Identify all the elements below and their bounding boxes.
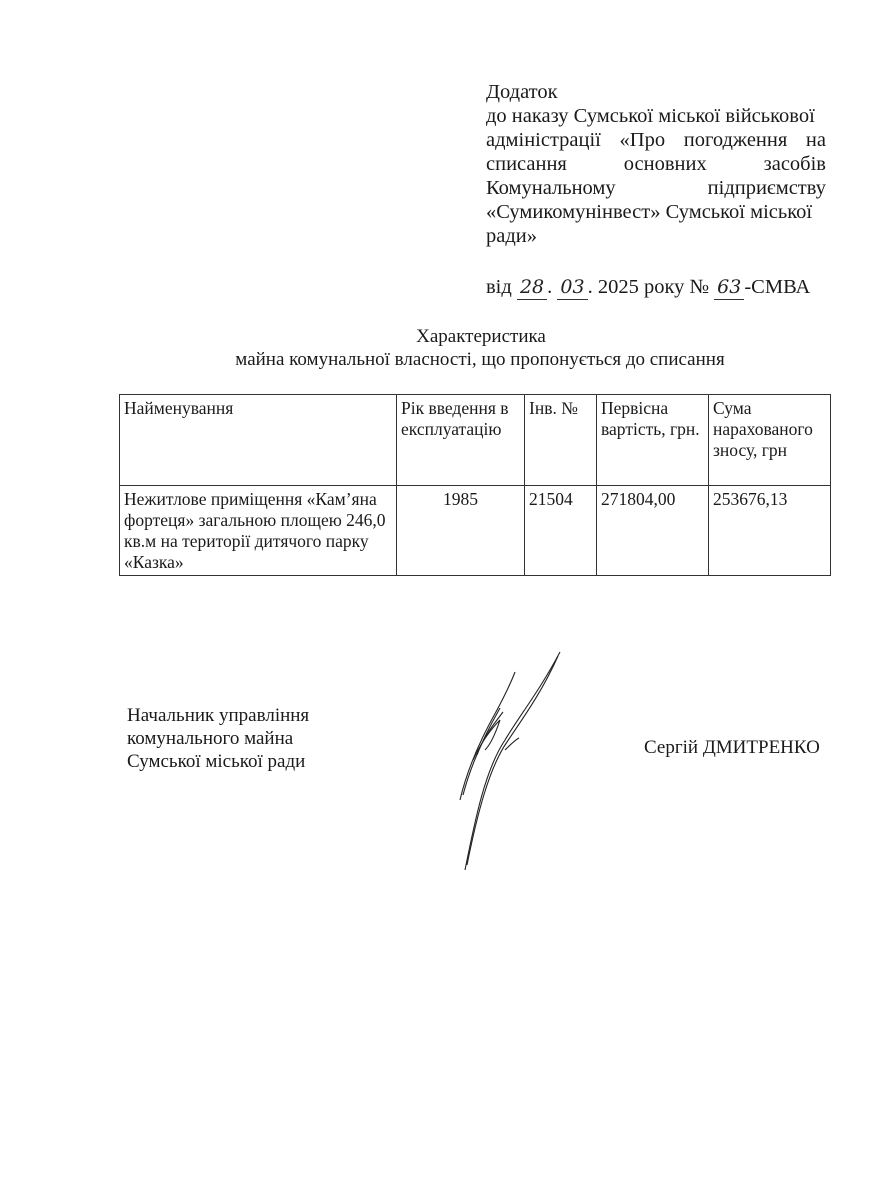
addendum-line: Комунальному підприємству [486, 176, 826, 200]
cell-name: Нежитлове приміщення «Кам’яна фортеця» з… [120, 486, 397, 576]
header-inv: Інв. № [525, 395, 597, 486]
dot: . [588, 276, 593, 298]
signatory-role: Начальник управління комунального майна … [127, 704, 309, 773]
property-table: Найменування Рік введення в експлуатацію… [119, 394, 831, 576]
signatory-name: Сергій ДМИТРЕНКО [644, 736, 820, 759]
addendum-line: списання основних засобів [486, 152, 826, 176]
addendum-line: ради» [486, 224, 826, 248]
order-suffix: -СМВА [744, 276, 810, 298]
addendum-line: до наказу Сумської міської військової [486, 104, 826, 128]
addendum-heading: Додаток [486, 80, 826, 104]
header-initial-cost: Первісна вартість, грн. [597, 395, 709, 486]
table-header-row: Найменування Рік введення в експлуатацію… [120, 395, 831, 486]
order-day: 28 [517, 275, 547, 300]
order-number: 63 [714, 275, 744, 300]
addendum-block: Додаток до наказу Сумської міської війсь… [486, 80, 826, 248]
role-line: Начальник управління [127, 704, 309, 727]
header-name: Найменування [120, 395, 397, 486]
addendum-line: «Сумикомунінвест» Сумської міської [486, 200, 826, 224]
header-depreciation: Сума нарахованого зносу, грн [709, 395, 831, 486]
role-line: Сумської міської ради [127, 750, 309, 773]
document-subtitle: майна комунальної власності, що пропонує… [0, 349, 881, 371]
header-year: Рік введення в експлуатацію [397, 395, 525, 486]
addendum-line: адміністрації «Про погодження на [486, 128, 826, 152]
dot: . [547, 276, 552, 298]
order-month: 03 [557, 275, 587, 300]
cell-depreciation: 253676,13 [709, 486, 831, 576]
cell-initial-cost: 271804,00 [597, 486, 709, 576]
cell-inv: 21504 [525, 486, 597, 576]
handwritten-signature-icon [455, 650, 565, 875]
order-reference: від 28. 03. 2025 року № 63-СМВА [486, 275, 831, 300]
table-row: Нежитлове приміщення «Кам’яна фортеця» з… [120, 486, 831, 576]
cell-year: 1985 [397, 486, 525, 576]
order-prefix: від [486, 276, 512, 298]
order-year: 2025 року № [598, 276, 709, 298]
role-line: комунального майна [127, 727, 309, 750]
document-title: Характеристика [0, 326, 881, 348]
